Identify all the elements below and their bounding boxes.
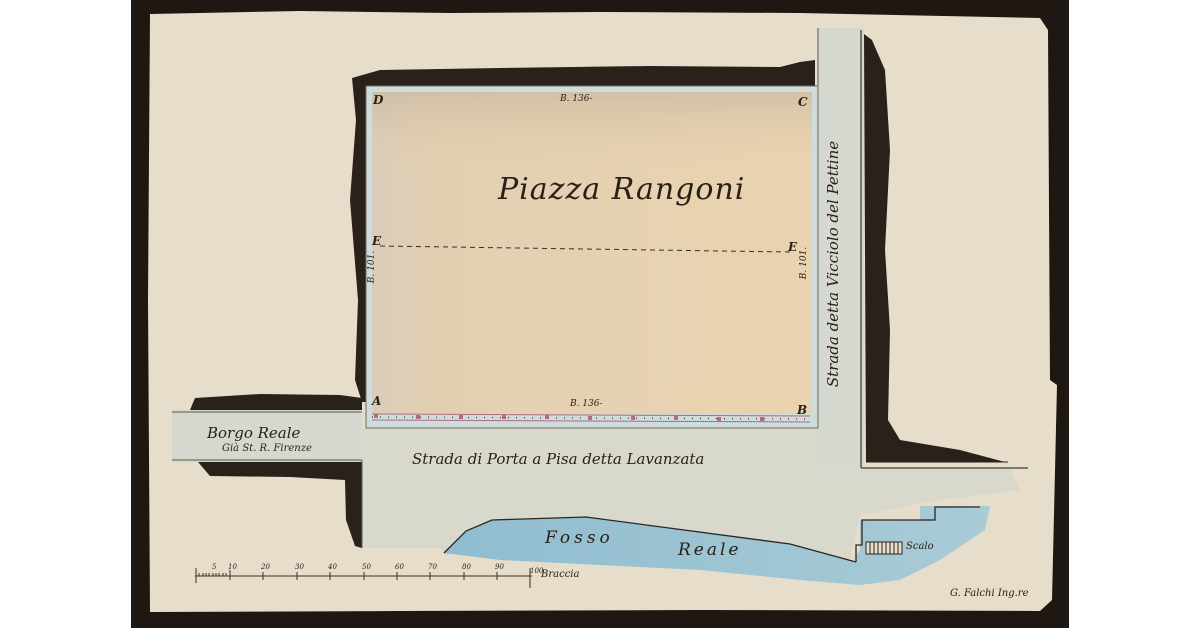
corner-e-left-label: E bbox=[372, 234, 381, 248]
measure-top: B. 136- bbox=[560, 94, 593, 104]
scale-tick-80: 80 bbox=[462, 563, 471, 571]
scale-tick-20: 20 bbox=[261, 563, 270, 571]
corner-b-label: B bbox=[797, 403, 807, 417]
corner-c-label: C bbox=[798, 95, 808, 109]
water-label-reale: Reale bbox=[678, 540, 742, 560]
water-label-fosso: Fosso bbox=[545, 528, 614, 548]
piazza-title: Piazza Rangoni bbox=[498, 172, 745, 207]
scale-tick-10: 10 bbox=[228, 563, 237, 571]
stairs-icon bbox=[866, 542, 902, 554]
street-vicciolo-del-pettine: Strada detta Vicciolo del Pettine bbox=[824, 141, 842, 387]
measure-bottom: B. 136- bbox=[570, 399, 603, 409]
corner-e-right-label: E bbox=[788, 240, 797, 254]
stairs-label: Scalo bbox=[906, 541, 934, 552]
measure-right: B. 101. bbox=[799, 247, 809, 279]
scale-tick-70: 70 bbox=[428, 563, 437, 571]
measure-left: B. 101. bbox=[367, 251, 377, 283]
scale-unit: Braccia bbox=[541, 569, 579, 580]
scale-tick-90: 90 bbox=[495, 563, 504, 571]
street-borgo-reale: Borgo Reale bbox=[207, 424, 300, 442]
scale-tick-40: 40 bbox=[328, 563, 337, 571]
scale-tick-60: 60 bbox=[395, 563, 404, 571]
signature: G. Falchi Ing.re bbox=[950, 588, 1029, 599]
scale-tick-50: 50 bbox=[362, 563, 371, 571]
scale-tick-30: 30 bbox=[295, 563, 304, 571]
scale-tick-5: 5 bbox=[212, 563, 216, 571]
street-porta-a-pisa: Strada di Porta a Pisa detta Lavanzata bbox=[412, 450, 704, 468]
street-borgo-reale-sub: Già St. R. Firenze bbox=[222, 443, 312, 454]
corner-a-label: A bbox=[372, 394, 381, 408]
corner-d-label: D bbox=[373, 93, 383, 107]
